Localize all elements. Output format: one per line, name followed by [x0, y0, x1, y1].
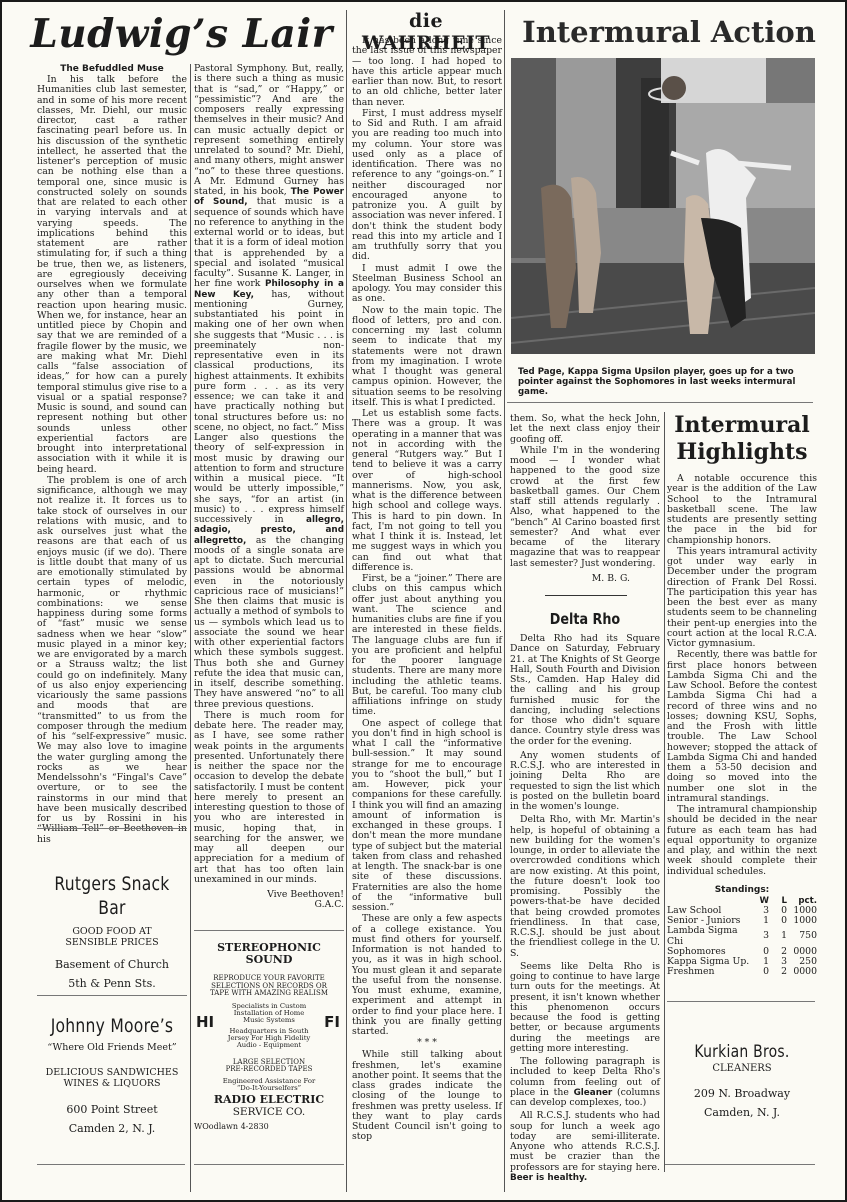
delta-rho-para: Any women students of R.C.S.J. who are i… [510, 751, 660, 813]
delta-rho-para: Delta Rho, with Mr. Martin's help, is ho… [510, 815, 660, 959]
highlights-body: A notable occurence this year is the add… [667, 474, 817, 877]
ad-line: DELICIOUS SANDWICHES [37, 1067, 187, 1078]
wahrheit-para: One aspect of college that you don't fin… [352, 719, 502, 914]
text: Pastoral Symphony. But, really, is there… [194, 63, 344, 197]
losses: 2 [769, 967, 787, 977]
ad-address: 600 Point Street [37, 1103, 187, 1116]
hi-fi-block: HI FI Specialists in Custom Installation… [194, 1003, 344, 1053]
ad-line: Music Systems [194, 1017, 344, 1024]
highlights-column: Intermural Highlights A notable occurenc… [667, 412, 817, 977]
wahrheit-para: While still talking about freshmen, let'… [352, 1050, 502, 1142]
ad-address: 209 N. Broadway [667, 1087, 817, 1100]
ad-address: Camden, N. J. [667, 1106, 817, 1119]
wahrheit-para: First, I must address myself to Sid and … [352, 109, 502, 263]
basketball-photo [511, 58, 815, 354]
wahrheit-initials: M. B. G. [510, 574, 660, 584]
ad-title: SOUND [194, 954, 344, 966]
losses: 0 [769, 916, 787, 926]
team: Freshmen [667, 967, 755, 977]
wahrheit-para: I must admit I owe the Steelman Business… [352, 264, 502, 305]
divider [37, 828, 187, 829]
ad-tagline: “Where Old Friends Meet” [37, 1042, 187, 1053]
ad-name: Johnny Moore’s [51, 1014, 174, 1038]
ludwig-column-1: The Befuddled Muse In his talk before th… [37, 64, 187, 846]
text: has, without mentioning Gurney, substant… [194, 289, 344, 526]
wahrheit-para: It has been a long time since the last i… [352, 36, 502, 108]
ludwig-para: The problem is one of arch significance,… [37, 476, 187, 845]
divider [194, 1164, 344, 1165]
ad-phone: WOodlawn 4-2830 [194, 1122, 344, 1132]
wahrheit-para: These are only a few aspects of a colleg… [352, 914, 502, 1037]
standings-row: Lambda Sigma Chi31750 [667, 926, 817, 946]
divider [37, 1164, 185, 1165]
divider [37, 995, 187, 996]
divider [545, 595, 627, 596]
highlights-para: The intramural championship should be de… [667, 805, 817, 877]
ad-address: Camden 2, N. J. [37, 1122, 187, 1135]
ad-line: CLEANERS [667, 1062, 817, 1075]
ludwig-initials: G.A.C. [194, 900, 344, 910]
wahrheit-column: It has been a long time since the last i… [352, 36, 502, 1144]
ad-address: 5th & Penn Sts. [37, 977, 187, 990]
ad-kurkian-bros: Kurkian Bros. CLEANERS 209 N. Broadway C… [667, 1042, 817, 1119]
ad-snack-bar: Rutgers Snack Bar GOOD FOOD AT SENSIBLE … [37, 872, 187, 990]
highlights-title-line2: Highlights [667, 439, 817, 466]
ad-name: Rutgers Snack Bar [51, 872, 174, 920]
section-separator: * * * [352, 1038, 502, 1047]
delta-rho-para: The following paragraph is included to k… [510, 1057, 660, 1108]
wahrheit-para: Now to the main topic. The flood of lett… [352, 306, 502, 409]
ad-line: WINES & LIQUORS [37, 1078, 187, 1089]
ludwig-masthead: Ludwig’s Lair [24, 12, 339, 56]
wahrheit-para: them. So, what the heck John, let the ne… [510, 414, 660, 445]
ad-company: SERVICE CO. [194, 1106, 344, 1118]
highlights-para: Recently, there was battle for first pla… [667, 650, 817, 804]
team: Lambda Sigma Chi [667, 926, 755, 946]
standings-title: Standings: [667, 885, 817, 896]
ludwig-para: Pastoral Symphony. But, really, is there… [194, 64, 344, 710]
ad-johnny-moores: Johnny Moore’s “Where Old Friends Meet” … [37, 1014, 187, 1135]
column-rule [504, 10, 505, 1192]
ludwig-para: There is much room for debate here. The … [194, 711, 344, 885]
divider [507, 402, 813, 403]
ad-line: TAPE WITH AMAZING REALISM [194, 990, 344, 998]
photo-caption: Ted Page, Kappa Sigma Upsilon player, go… [518, 367, 818, 397]
wahrheit-para: First, be a “joiner.” There are clubs on… [352, 574, 502, 718]
wahrheit-para: While I'm in the wondering mood — I wond… [510, 446, 660, 569]
action-masthead: Intermural Action [510, 14, 828, 50]
ludwig-para: In his talk before the Humanities club l… [37, 75, 187, 475]
wins: 1 [755, 916, 769, 926]
wahrheit-continued-column: them. So, what the heck John, let the ne… [510, 414, 660, 1184]
ad-line: Audio - Equipment [194, 1042, 344, 1049]
pct: 0000 [787, 967, 817, 977]
text: All R.C.S.J. students who had soup for l… [510, 1110, 660, 1172]
highlights-para: This years intramural activity got under… [667, 547, 817, 650]
basketball-photo-image [511, 58, 815, 354]
fi-label: FI [324, 1017, 340, 1027]
text: as the changing moods of a single sonata… [194, 535, 344, 710]
divider [667, 1001, 815, 1002]
ad-line: GOOD FOOD AT [37, 926, 187, 937]
standings-table: W L pct. Law School301000 Senior - Junio… [667, 896, 817, 978]
column-rule [190, 64, 191, 1192]
ad-company: RADIO ELECTRIC [194, 1093, 344, 1106]
ad-line: “Do-It-Yourselfers” [194, 1085, 344, 1092]
losses: 1 [769, 926, 787, 946]
ad-line: PRE-RECORDED TAPES [194, 1066, 344, 1074]
pct: 1000 [787, 916, 817, 926]
pct: 750 [787, 926, 817, 946]
ad-address: Basement of Church [37, 958, 187, 971]
delta-rho-para: All R.C.S.J. students who had soup for l… [510, 1111, 660, 1183]
text-bold: Beer is healthy. [510, 1173, 587, 1183]
delta-rho-para: Delta Rho had its Square Dance on Saturd… [510, 634, 660, 747]
column-rule [346, 10, 347, 1192]
hi-label: HI [196, 1017, 214, 1027]
wins: 0 [755, 967, 769, 977]
ad-line: SENSIBLE PRICES [37, 937, 187, 948]
ludwig-column-2: Pastoral Symphony. But, really, is there… [194, 64, 344, 911]
ad-radio-electric: STEREOPHONIC SOUND REPRODUCE YOUR FAVORI… [194, 942, 344, 1132]
delta-rho-para: Seems like Delta Rho is going to continu… [510, 962, 660, 1054]
ad-name: Kurkian Bros. [681, 1042, 804, 1062]
wahrheit-para: Let us establish some facts. There was a… [352, 409, 502, 573]
divider [194, 930, 344, 931]
highlights-title-line1: Intermural [667, 412, 817, 439]
column-rule [664, 412, 665, 1172]
standings-row: Freshmen020000 [667, 967, 817, 977]
delta-rho-title: Delta Rho [521, 610, 649, 628]
newspaper-page: Ludwig’s Lair The Befuddled Muse In his … [2, 2, 845, 1200]
highlights-para: A notable occurence this year is the add… [667, 474, 817, 546]
divider [665, 1164, 815, 1165]
wins: 3 [755, 926, 769, 946]
text: that music is a sequence of sounds which… [194, 196, 344, 289]
